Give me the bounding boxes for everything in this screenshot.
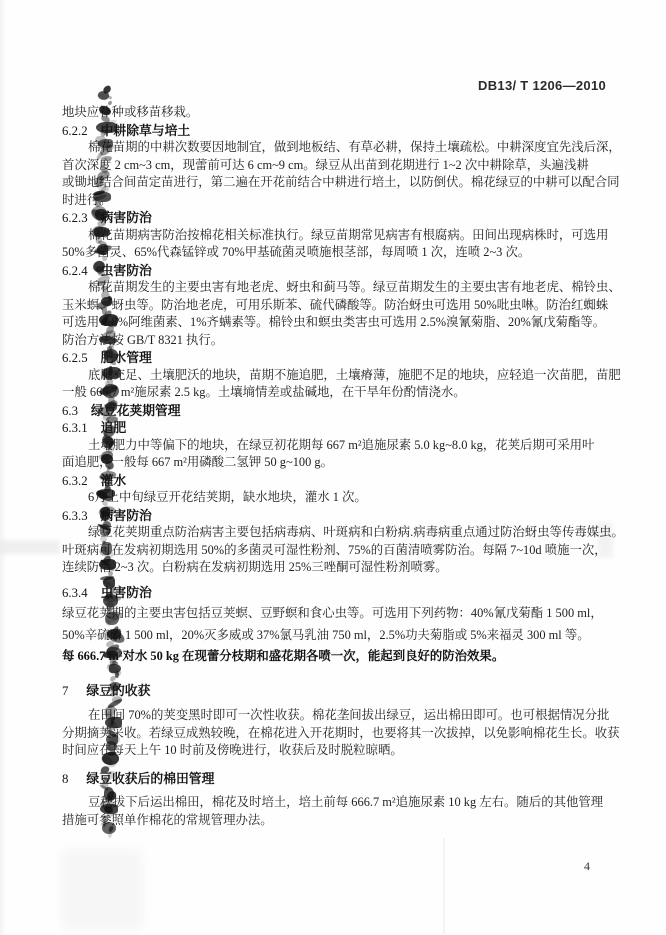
text-line: 防治方法按 GB/T 8321 执行。: [62, 332, 610, 350]
scan-artifact-left-edge: [0, 0, 6, 935]
section-heading: 6.3.2灌水: [62, 472, 610, 490]
text-line: 分期摘荚采收。若绿豆成熟较晚，在棉花进入开花期时，也要将其一次拔掉，以免影响棉花…: [62, 725, 610, 743]
text-line: 绿豆花荚期的主要虫害包括豆荚螟、豆野螟和食心虫等。可选用下列药物：40%氰戊菊酯…: [62, 605, 610, 623]
text-line: 绿豆花荚期重点防治病害主要包括病毒病、叶斑病和白粉病.病毒病重点通过防治蚜虫等传…: [62, 524, 610, 542]
heading-title: 病害防治: [101, 210, 152, 225]
text-line: 棉花苗期发生的主要虫害有地老虎、蚜虫和蓟马等。绿豆苗期发生的主要虫害有地老虎、棉…: [62, 279, 610, 297]
text-line: 时进行。: [62, 192, 610, 210]
text-line: 在田间 70%的荚变黑时即可一次性收获。棉花垄间拔出绿豆，运出棉田即可。也可根据…: [62, 707, 610, 725]
text-line: 地块应补种或移苗移栽。: [62, 104, 610, 122]
text-line: 每 666.7 m²对水 50 kg 在现蕾分枝期和盛花期各喷一次，能起到良好的…: [62, 648, 610, 666]
heading-title: 中耕除草与培土: [101, 123, 191, 138]
heading-number: 7: [62, 684, 68, 698]
ink-blot: [97, 89, 111, 102]
text-line: 面追肥，一般每 667 m²用磷酸二氢钾 50 g~100 g。: [62, 454, 610, 472]
text-line: 豆秧拔下后运出棉田，棉花及时培土，培土前每 666.7 m²追施尿素 10 kg…: [62, 794, 610, 812]
text-line: 一般 666.7 m²施尿素 2.5 kg。土壤墒情差或盐碱地，在干旱年份酌情浇…: [62, 384, 610, 402]
text-line: 叶斑病可在发病初期选用 50%的多菌灵可湿性粉剂、75%的百菌清喷雾防治。每隔 …: [62, 542, 610, 560]
scan-artifact-smear: [62, 850, 142, 930]
section-heading: 6.3.1追肥: [62, 419, 610, 437]
section-heading: 6.2.2中耕除草与培土: [62, 122, 610, 140]
heading-title: 病害防治: [101, 508, 152, 523]
scan-artifact-smear: [0, 540, 60, 554]
standard-code-header: DB13/ T 1206—2010: [478, 78, 606, 93]
text-line: 6月上中旬绿豆开花结荚期，缺水地块，灌水 1 次。: [62, 489, 610, 507]
section-heading: 7绿豆的收获: [62, 682, 610, 700]
heading-number: 6.2.2: [62, 124, 88, 138]
heading-number: 6.3.1: [62, 421, 88, 435]
text-line: 50%辛硫磷 1 500 ml，20%灭多威或 37%氯马乳油 750 ml，2…: [62, 627, 610, 645]
heading-title: 虫害防治: [101, 585, 152, 600]
heading-number: 6.2.3: [62, 211, 88, 225]
heading-title: 绿豆花荚期管理: [91, 403, 181, 418]
text-line: 底肥充足、土壤肥沃的地块，苗期不施追肥，土壤瘠薄，施肥不足的地块，应轻追一次苗肥…: [62, 367, 610, 385]
section-heading: 6.3.3病害防治: [62, 507, 610, 525]
text-line: 土壤肥力中等偏下的地块，在绿豆初花期每 667 m²追施尿素 5.0 kg~8.…: [62, 437, 610, 455]
text-line: 玉米螟、蚜虫等。防治地老虎，可用乐斯苯、硫代磷酸等。防治蚜虫可选用 50%吡虫啉…: [62, 297, 610, 315]
heading-number: 6.2.5: [62, 351, 88, 365]
text-line: 措施可参照单作棉花的常规管理办法。: [62, 812, 610, 830]
heading-number: 8: [62, 772, 68, 786]
heading-number: 6.2.4: [62, 264, 88, 278]
text-line: 50%多菌灵、65%代森锰锌或 70%甲基硫菌灵喷施根茎部，每周喷 1 次，连喷…: [62, 244, 610, 262]
section-heading: 6.3绿豆花荚期管理: [62, 402, 610, 420]
ink-blot: [102, 85, 112, 94]
heading-title: 追肥: [101, 420, 127, 435]
heading-title: 肥水管理: [101, 350, 152, 365]
scan-artifact-line: [443, 838, 445, 934]
text-line: 棉花苗期病害防治按棉花相关标准执行。绿豆苗期常见病害有根腐病。田间出现病株时，可…: [62, 227, 610, 245]
page-number: 4: [584, 859, 590, 874]
text-line: 或锄地结合间苗定苗进行，第二遍在开花前结合中耕进行培土，以防倒伏。棉花绿豆的中耕…: [62, 174, 610, 192]
text-line: 首次深度 2 cm~3 cm，现蕾前可达 6 cm~9 cm。绿豆从出苗到花期进…: [62, 157, 610, 175]
heading-title: 虫害防治: [101, 263, 152, 278]
text-line: 棉花苗期的中耕次数要因地制宜，做到地板结、有草必耕，保持土壤疏松。中耕深度宜先浅…: [62, 139, 610, 157]
heading-number: 6.3.3: [62, 509, 88, 523]
document-body: 地块应补种或移苗移栽。6.2.2中耕除草与培土棉花苗期的中耕次数要因地制宜，做到…: [62, 104, 610, 829]
section-heading: 6.2.4虫害防治: [62, 262, 610, 280]
section-heading: 6.3.4虫害防治: [62, 584, 610, 602]
heading-title: 灌水: [101, 473, 127, 488]
heading-title: 绿豆收获后的棉田管理: [86, 771, 214, 786]
scanned-document-page: DB13/ T 1206—2010 地块应补种或移苗移栽。6.2.2中耕除草与培…: [0, 0, 666, 935]
text-line: 时间应在每天上午 10 时前及傍晚进行，收获后及时脱粒晾晒。: [62, 742, 610, 760]
section-heading: 6.2.5肥水管理: [62, 349, 610, 367]
section-heading: 6.2.3病害防治: [62, 209, 610, 227]
section-heading: 8绿豆收获后的棉田管理: [62, 770, 610, 788]
heading-number: 6.3: [62, 404, 78, 418]
text-line: 可选用 1.8%阿维菌素、1%齐螨素等。棉铃虫和螟虫类害虫可选用 2.5%溴氰菊…: [62, 314, 610, 332]
heading-number: 6.3.4: [62, 586, 88, 600]
text-line: 连续防治 2~3 次。白粉病在发病初期选用 25%三唑酮可湿性粉剂喷雾。: [62, 559, 610, 577]
ink-blot: [106, 830, 113, 838]
ink-blot: [108, 95, 113, 100]
heading-number: 6.3.2: [62, 474, 88, 488]
heading-title: 绿豆的收获: [86, 683, 150, 698]
